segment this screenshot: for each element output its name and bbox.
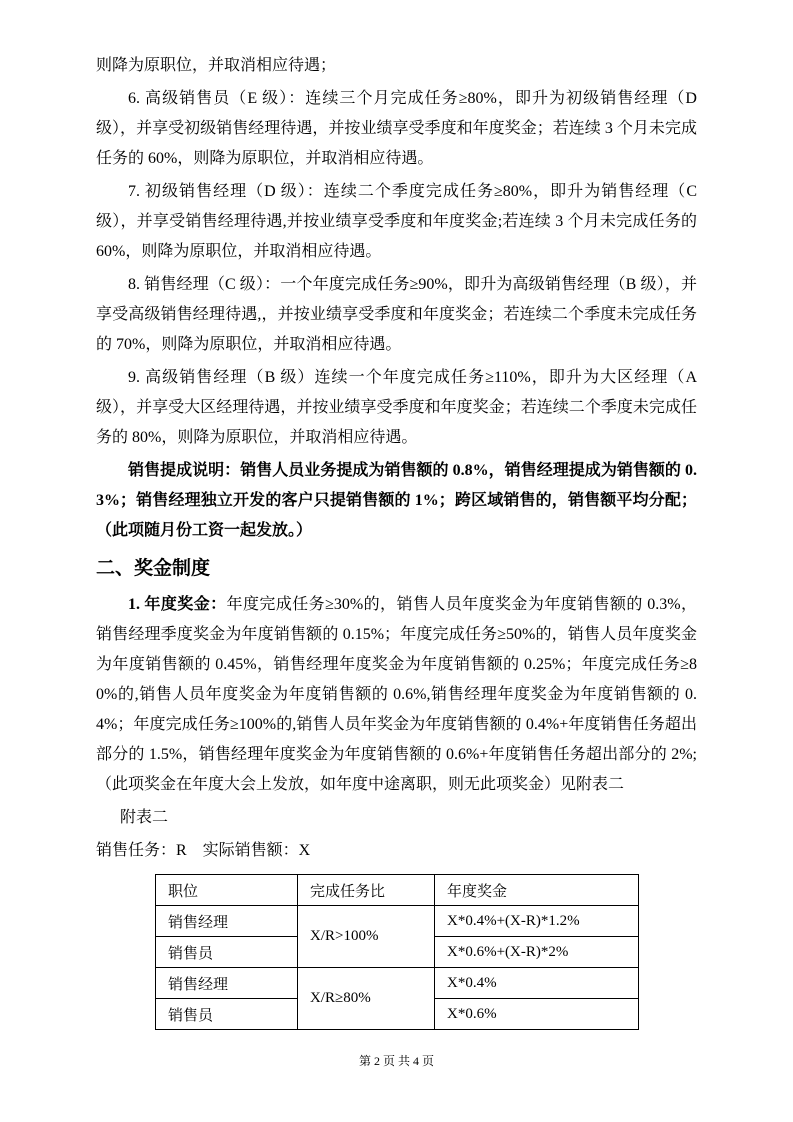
table-row: 销售经理 X/R≥80% X*0.4% <box>156 968 639 999</box>
table-header-completion-ratio: 完成任务比 <box>298 875 435 906</box>
annual-bonus-lead: 1. 年度奖金： <box>128 596 227 613</box>
paragraph-continuation: 则降为原职位，并取消相应待遇； <box>96 51 697 81</box>
variables-definition-line: 销售任务：R 实际销售额：X <box>96 836 697 866</box>
table-header-row: 职位 完成任务比 年度奖金 <box>156 875 639 906</box>
cell-position: 销售员 <box>156 999 298 1030</box>
table-header-position: 职位 <box>156 875 298 906</box>
annual-bonus-table: 职位 完成任务比 年度奖金 销售经理 X/R>100% X*0.4%+(X-R)… <box>155 874 639 1030</box>
page-number-text: 第 2 页 共 4 页 <box>359 1054 434 1068</box>
cell-bonus-formula: X*0.4%+(X-R)*1.2% <box>435 906 639 937</box>
table-row: 销售经理 X/R>100% X*0.4%+(X-R)*1.2% <box>156 906 639 937</box>
cell-completion-ratio: X/R>100% <box>298 906 435 968</box>
paragraph-rule-8: 8. 销售经理（C 级）：一个年度完成任务≥90%，即升为高级销售经理（B 级）… <box>96 270 697 360</box>
table-header-annual-bonus: 年度奖金 <box>435 875 639 906</box>
cell-bonus-formula: X*0.4% <box>435 968 639 999</box>
attachment-label: 附表二 <box>96 803 697 833</box>
cell-position: 销售员 <box>156 937 298 968</box>
paragraph-rule-7: 7. 初级销售经理（D 级）：连续二个季度完成任务≥80%，即升为销售经理（C … <box>96 177 697 267</box>
annual-bonus-body: 年度完成任务≥30%的，销售人员年度奖金为年度销售额的 0.3%，销售经理季度奖… <box>96 596 697 793</box>
cell-bonus-formula: X*0.6%+(X-R)*2% <box>435 937 639 968</box>
cell-bonus-formula: X*0.6% <box>435 999 639 1030</box>
paragraph-annual-bonus: 1. 年度奖金：年度完成任务≥30%的，销售人员年度奖金为年度销售额的 0.3%… <box>96 590 697 800</box>
page-footer: 第 2 页 共 4 页 <box>0 1052 793 1070</box>
paragraph-rule-6: 6. 高级销售员（E 级）：连续三个月完成任务≥80%，即升为初级销售经理（D … <box>96 84 697 174</box>
cell-completion-ratio: X/R≥80% <box>298 968 435 1030</box>
paragraph-rule-9: 9. 高级销售经理（B 级）连续一个年度完成任务≥110%，即升为大区经理（A … <box>96 363 697 453</box>
cell-position: 销售经理 <box>156 906 298 937</box>
paragraph-commission-note: 销售提成说明：销售人员业务提成为销售额的 0.8%，销售经理提成为销售额的 0.… <box>96 456 697 546</box>
cell-position: 销售经理 <box>156 968 298 999</box>
document-page: 则降为原职位，并取消相应待遇； 6. 高级销售员（E 级）：连续三个月完成任务≥… <box>0 0 793 1122</box>
section-heading-bonus-system: 二、奖金制度 <box>96 556 697 582</box>
document-body: 则降为原职位，并取消相应待遇； 6. 高级销售员（E 级）：连续三个月完成任务≥… <box>96 51 697 1030</box>
